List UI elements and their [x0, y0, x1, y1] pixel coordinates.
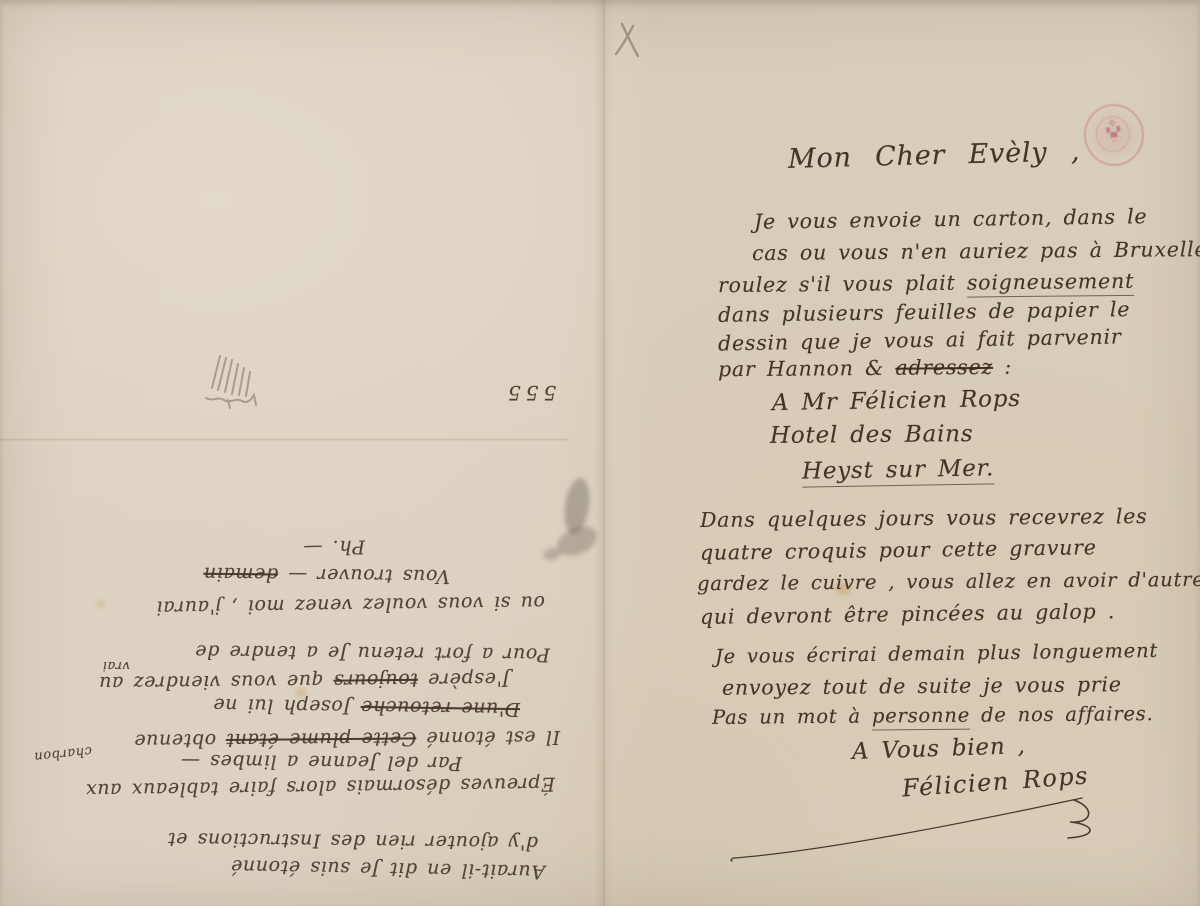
horizontal-fold-crease	[0, 438, 568, 441]
address-line: A Mr Félicien Rops	[772, 388, 1021, 415]
verso-page-upside-down: Aurait-il en dit Je suis étonné d'y ajou…	[22, 500, 570, 900]
verso-segment: ou si vous voulez venez moi , j'aurai	[156, 591, 545, 618]
verso-insert-word: vrai	[102, 659, 130, 672]
verso-segment: obtenue	[134, 729, 226, 752]
center-fold-crease	[594, 0, 614, 906]
verso-insert-word: charbon	[33, 744, 92, 763]
letter-line: dessin que je vous ai fait parvenir	[718, 326, 1122, 354]
letter-line: dans plusieurs feuilles de papier le	[718, 299, 1130, 325]
signature-flourish	[722, 778, 1112, 868]
letter-line-segment: Pas un mot à	[712, 705, 872, 729]
verso-line: Vous trouver — demain	[203, 564, 450, 586]
letter-line: gardez le cuivre , vous allez en avoir d…	[697, 570, 1200, 594]
letter-line: cas ou vous n'en auriez pas à Bruxelles,	[752, 239, 1200, 264]
verso-struck: toujours	[333, 669, 418, 692]
verso-line: D'une retouche Joseph lui ne	[213, 695, 520, 718]
verso-segment: Aurait-il en dit Je suis étonné	[230, 855, 545, 882]
verso-struck: D'une retouche	[360, 696, 520, 720]
letter-line: Pas un mot à personne de nos affaires.	[712, 704, 1154, 727]
underlined-address: Heyst sur Mer.	[802, 455, 995, 487]
letter-line: quatre croquis pour cette gravure	[700, 537, 1097, 563]
verso-line: ou si vous voulez venez moi , j'aurai	[156, 592, 545, 616]
salutation: Mon Cher Evèly ,	[788, 138, 1081, 173]
verso-segment: Pour a fort retenu Je a tendre de	[195, 640, 550, 665]
verso-segment: Il est étonné	[416, 726, 560, 749]
underlined-word: personne	[872, 704, 970, 731]
letter-line: envoyez tout de suite je vous prie	[722, 674, 1122, 698]
letter-line: par Hannon & adressez :	[718, 357, 1012, 380]
verso-line: J'espère toujours que vous viendrez au	[98, 669, 510, 692]
verso-segment: que vous viendrez au	[98, 670, 333, 694]
letter-line-segment: de nos affaires.	[970, 702, 1154, 727]
verso-segment: Épreuves désormais alors faire tableaux …	[85, 773, 555, 802]
verso-segment: Joseph lui ne	[213, 694, 361, 718]
verso-struck: demain	[203, 563, 278, 586]
closing: A Vous bien ,	[852, 735, 1026, 764]
verso-segment: Vous trouver —	[278, 563, 450, 587]
verso-line: Par del Jeanne a limbes —	[180, 751, 462, 772]
letter-line-segment: roulez s'il vous plait	[718, 271, 967, 298]
verso-segment: J'espère	[418, 668, 510, 691]
letter-line-segment: par Hannon &	[718, 356, 896, 382]
letter-line: roulez s'il vous plait soigneusement	[718, 271, 1134, 296]
verso-line: d'y ajouter rien des Instructions et	[167, 829, 538, 852]
letter-line: Je vous envoie un carton, dans le	[754, 206, 1148, 232]
struck-word: adressez	[895, 355, 993, 380]
inventory-number: 555	[503, 381, 556, 405]
verso-line: Pour a fort retenu Je a tendre de	[195, 641, 550, 663]
verso-line: Il est étonné Cette plume étant obtenue	[134, 727, 560, 750]
letter-line: qui devront être pincées au galop .	[700, 601, 1115, 627]
verso-line: Ph. —	[303, 536, 365, 556]
verso-line: Aurait-il en dit Je suis étonné	[230, 856, 545, 880]
letter-line-segment: :	[993, 355, 1012, 379]
pencil-check-mark	[612, 20, 646, 60]
collection-stamp-icon: ✣▚▞··	[1080, 100, 1148, 170]
verso-segment: d'y ajouter rien des Instructions et	[167, 828, 538, 854]
letter-line: Dans quelques jours vous recevrez les	[700, 506, 1148, 530]
verso-segment: Ph. —	[303, 535, 365, 558]
stamp-glyphs: ✣▚▞··	[1100, 118, 1128, 149]
letter-scan: ✣▚▞·· 555 Mon Cher Evèly , Je vous envoi…	[0, 0, 1200, 906]
letter-line: Je vous écrirai demain plus longuement	[715, 641, 1158, 667]
address-line: Hotel des Bains	[770, 423, 974, 448]
underlined-word: soigneusement	[967, 269, 1134, 298]
verso-struck: Cette plume étant	[226, 727, 417, 751]
verso-line: Épreuves désormais alors faire tableaux …	[85, 774, 555, 800]
verso-segment: Par del Jeanne a limbes —	[180, 750, 462, 774]
pencil-scribble	[198, 350, 268, 410]
address-line: Heyst sur Mer.	[802, 457, 994, 483]
